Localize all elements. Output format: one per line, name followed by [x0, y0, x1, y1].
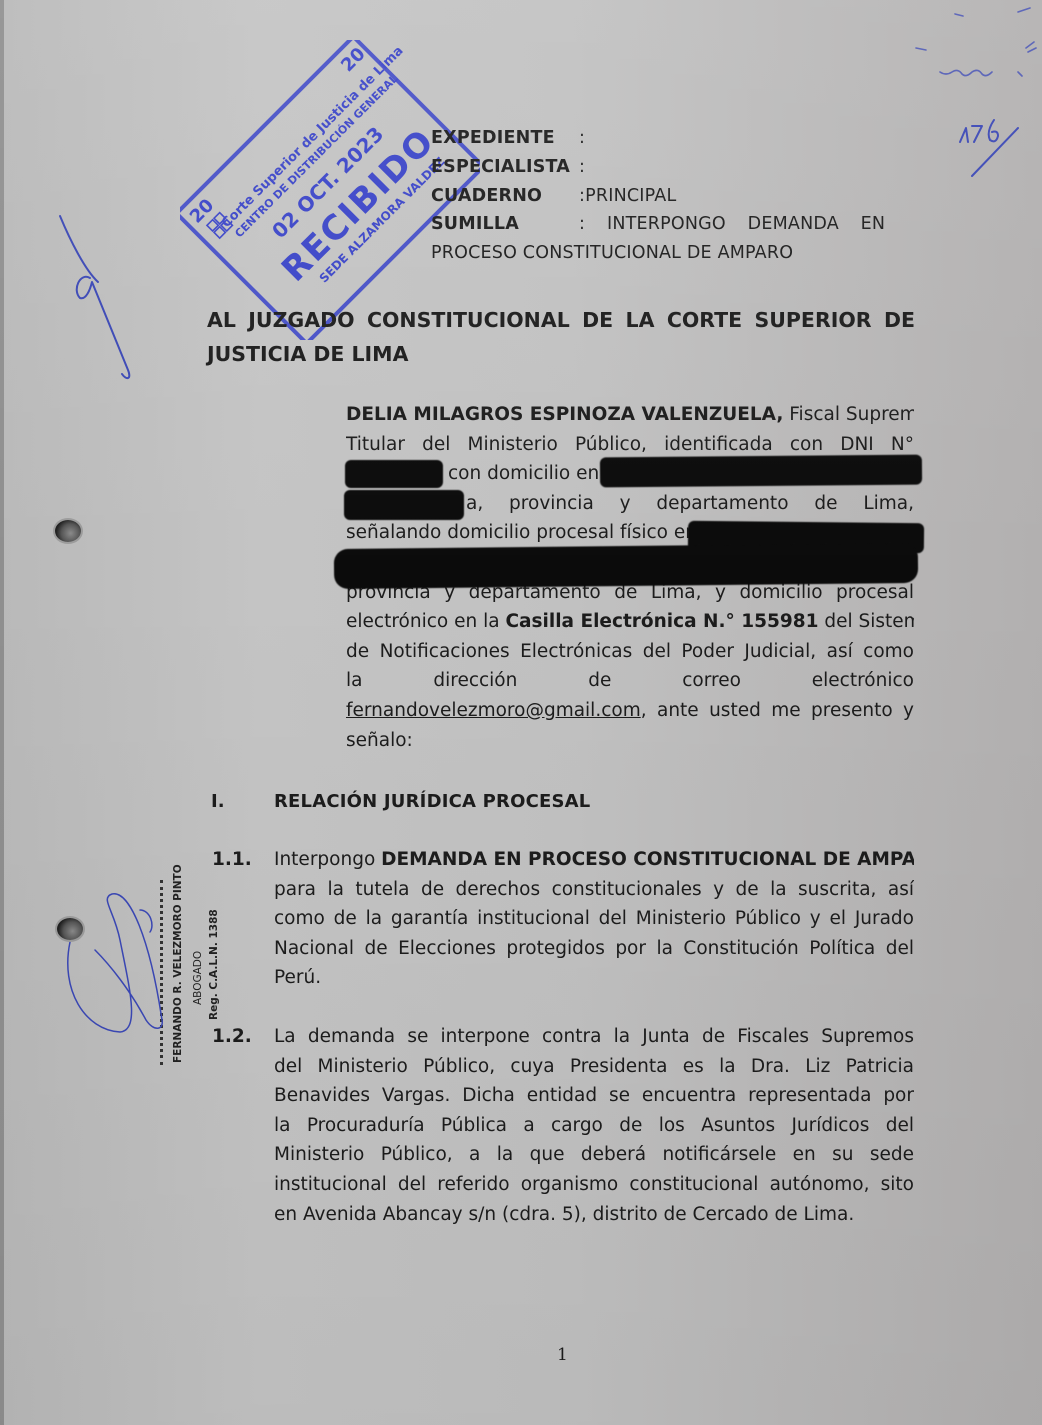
redaction-domicile	[600, 455, 922, 488]
item-1-1-text: Interpongo DEMANDA EN PROCESO CONSTITUCI…	[274, 845, 914, 993]
page-number: 1	[557, 1345, 568, 1365]
folio-number: 176	[958, 120, 960, 121]
email-link[interactable]: fernandovelezmoro@gmail.com	[346, 700, 641, 721]
casilla-electronica: Casilla Electrónica N.° 155981	[505, 611, 818, 632]
redaction-dni	[345, 460, 443, 488]
plaintiff-name: DELIA MILAGROS ESPINOZA VALENZUELA,	[346, 404, 783, 425]
section-number: I.	[211, 791, 225, 812]
sumilla-continuation: PROCESO CONSTITUCIONAL DE AMPARO	[431, 243, 793, 263]
margin-signature	[40, 200, 160, 400]
field-sumilla: SUMILLA:INTERPONGO DEMANDA EN	[431, 214, 885, 234]
field-especialista: ESPECIALISTA:	[431, 157, 593, 177]
addressee-line-1: ALJUZGADOCONSTITUCIONALDELACORTESUPERIOR…	[207, 303, 915, 337]
field-expediente: EXPEDIENTE:	[431, 128, 593, 148]
lawyer-registration: Reg. C.A.L.N. 1388	[208, 909, 220, 1020]
item-number-1-1: 1.1.	[212, 849, 252, 870]
folio-annotation	[900, 0, 1042, 190]
redaction-district	[344, 490, 464, 520]
lawyer-signature	[50, 880, 190, 1050]
section-title: RELACIÓN JURÍDICA PROCESAL	[274, 791, 590, 812]
item-1-2-text: La demanda se interpone contra la Junta …	[274, 1022, 914, 1229]
page-edge	[0, 0, 4, 1425]
lawyer-title: ABOGADO	[192, 951, 204, 1005]
punch-hole	[57, 918, 83, 940]
addressee: ALJUZGADOCONSTITUCIONALDELACORTESUPERIOR…	[207, 303, 915, 371]
addressee-line-2: JUSTICIA DE LIMA	[207, 337, 915, 371]
field-cuaderno: CUADERNO: PRINCIPAL	[431, 186, 676, 206]
punch-hole	[55, 520, 81, 542]
redaction-procedural-address-continued	[334, 543, 918, 589]
